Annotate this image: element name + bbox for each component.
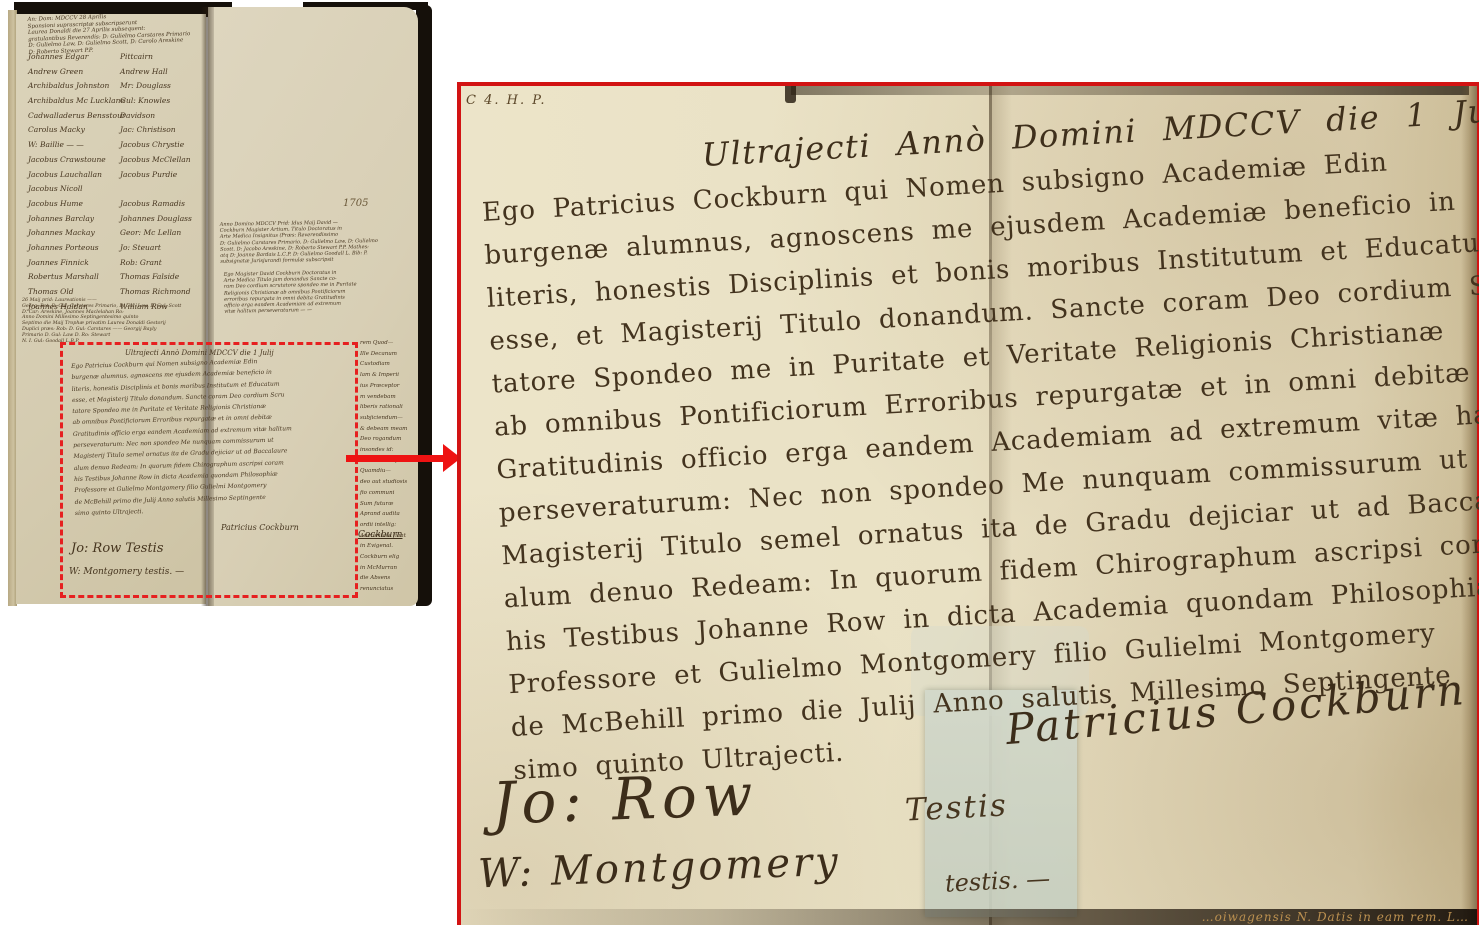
inset-document-lines: Ego Patricius Cockburn qui Nomen subsign… <box>71 355 294 519</box>
margin-notes: rem Quod—Ille DecanumCustodiamlam & Impe… <box>360 338 428 595</box>
latin-entry-1: Anno Domino MDCCV Prid: Idus Maij David … <box>220 218 421 265</box>
line: Johannes Edgar <box>28 50 125 65</box>
line: Mr: Douglass <box>120 79 192 94</box>
line: Jacobus Hume <box>28 197 125 212</box>
line: Thomas Falside <box>120 270 192 285</box>
line: Custodiam <box>360 359 428 370</box>
line: Andrew Hall <box>120 65 192 80</box>
line: Jacobus McClellan <box>120 153 192 168</box>
line: Sum futuræ <box>360 499 428 510</box>
line: m vendebam <box>360 392 428 403</box>
register-spread-thumbnail: An: Dom: MDCCV 28 AprilisSponsioni supra… <box>8 2 432 610</box>
year-label: 1705 <box>343 198 368 209</box>
line: W: Baillie — — <box>28 138 125 153</box>
thumbnail-footer-lines: 26 Maij prid: Laureationis ——Georg: Rot:… <box>22 298 181 344</box>
line: deo aut studiosis <box>360 477 428 488</box>
line: Cockburn elig <box>360 552 428 563</box>
inset-main-signature: Patricius Cockburn <box>221 523 299 532</box>
bottom-edge-text: …oiwagensis N. Datis in eam rem. L… <box>1202 910 1469 924</box>
line: Jacobus Lauchallan <box>28 168 125 183</box>
line: Geor: Mc Lellan <box>120 226 192 241</box>
line: Pittcairn <box>120 50 192 65</box>
line: Davidson <box>120 109 192 124</box>
line: Jacobus Chrystie <box>120 138 192 153</box>
line: & debeam meam <box>360 424 428 435</box>
line: Johannes Porteous <box>28 241 125 256</box>
line: fio communi <box>360 488 428 499</box>
latin-entry-2: Ego Magister David Cockburn Doctoratus i… <box>224 268 420 315</box>
line: Johannes Barclay <box>28 212 125 227</box>
inset-witness1: Jo: Row Testis <box>71 541 164 556</box>
line: Jacobus Purdie <box>120 168 192 183</box>
inset-witness2: W: Montgomery testis. — <box>69 567 184 577</box>
line: Quamdiu— <box>360 466 428 477</box>
corner-mark: C 4. H. P. <box>466 93 546 108</box>
line: Cadwalladerus Bensstour <box>28 109 125 124</box>
line: Archibaldus Mc Lucklane <box>28 94 125 109</box>
line: renunciatus <box>360 584 428 595</box>
line: ius Præceptor <box>360 381 428 392</box>
line: Jo: Steuart <box>120 241 192 256</box>
montgomery-testis-label: testis. — <box>944 864 1050 897</box>
row-witness-signature: Jo: Row <box>491 760 760 837</box>
line: Jacobus Crawstoune <box>28 153 125 168</box>
line: Georg: Rot: D. Gul: Carstares Primario, … <box>22 304 181 310</box>
figure-canvas: An: Dom: MDCCV 28 AprilisSponsioni supra… <box>0 0 1479 925</box>
line: Deo rogandum <box>360 434 428 445</box>
arrow-shaft <box>346 455 444 462</box>
line: Aprand audita <box>360 509 428 520</box>
names-column-2: PittcairnAndrew HallMr: DouglassGul: Kno… <box>120 50 192 314</box>
line: Joannes Finnick <box>28 256 125 271</box>
line: in Evigenal. <box>360 541 428 552</box>
line: Archibaldus Johnston <box>28 79 125 94</box>
names-column-1: Johannes EdgarAndrew GreenArchibaldus Jo… <box>28 50 125 314</box>
line: Johannes Mackay <box>28 226 125 241</box>
line: lam & Imperii <box>360 370 428 381</box>
line: die Absens <box>360 573 428 584</box>
enlarged-document-panel: C 4. H. P. Ultrajecti Annò Domini MDCCV … <box>457 82 1479 925</box>
highlighted-region-box: Ultrajecti Annò Domini MDCCV die 1 Julij… <box>60 342 358 598</box>
line: in McMurran <box>360 563 428 574</box>
line: Jac: Christison <box>120 123 192 138</box>
line: Ille Decanum <box>360 349 428 360</box>
line <box>120 182 192 197</box>
montgomery-witness-signature: W: Montgomery <box>477 839 841 898</box>
line: Jacobus Nicoll <box>28 182 125 197</box>
line: liberis rationali <box>360 402 428 413</box>
line: subjiciendum— <box>360 413 428 424</box>
line: Gul: Knowles <box>120 94 192 109</box>
line: Jacobus Ramadis <box>120 197 192 212</box>
line: Rob: Grant <box>120 256 192 271</box>
page-top-edge-shadow <box>791 86 1469 95</box>
margin-cockburn-signature: Cockburn <box>358 530 402 540</box>
line: rem Quod— <box>360 338 428 349</box>
line: Robertus Marshall <box>28 270 125 285</box>
line: Andrew Green <box>28 65 125 80</box>
row-witness-testis-label: Testis <box>904 787 1009 828</box>
line: Johannes Douglass <box>120 212 192 227</box>
line: Carolus Macky <box>28 123 125 138</box>
